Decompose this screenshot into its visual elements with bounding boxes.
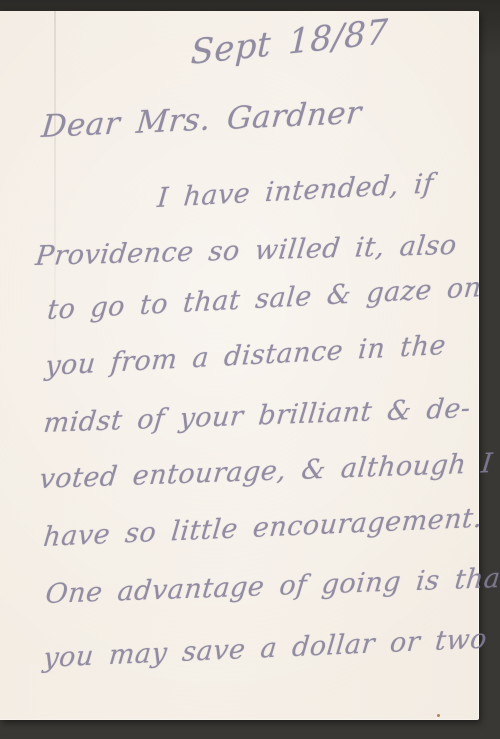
letter-line: I have intended, if — [156, 168, 435, 214]
letter-line: you from a distance in the — [44, 330, 447, 382]
letter-line: voted entourage, & although I — [38, 448, 494, 495]
photo-background: Sept 18/87 Dear Mrs. Gardner I have inte… — [0, 0, 500, 739]
letter-line: you may save a dollar or two — [42, 623, 488, 674]
letter-line: to go to that sale & gaze on — [46, 272, 483, 326]
letter-paper: Sept 18/87 Dear Mrs. Gardner I have inte… — [0, 11, 479, 720]
letter-salutation: Dear Mrs. Gardner — [40, 95, 363, 145]
letter-line: have so little encouragement. — [42, 503, 484, 553]
letter-date: Sept 18/87 — [190, 12, 389, 73]
letter-line: One advantage of going is that — [44, 563, 500, 610]
paper-speck — [437, 714, 440, 717]
letter-line: midst of your brilliant & de- — [42, 393, 472, 439]
letter-line: Providence so willed it, also — [34, 230, 459, 272]
